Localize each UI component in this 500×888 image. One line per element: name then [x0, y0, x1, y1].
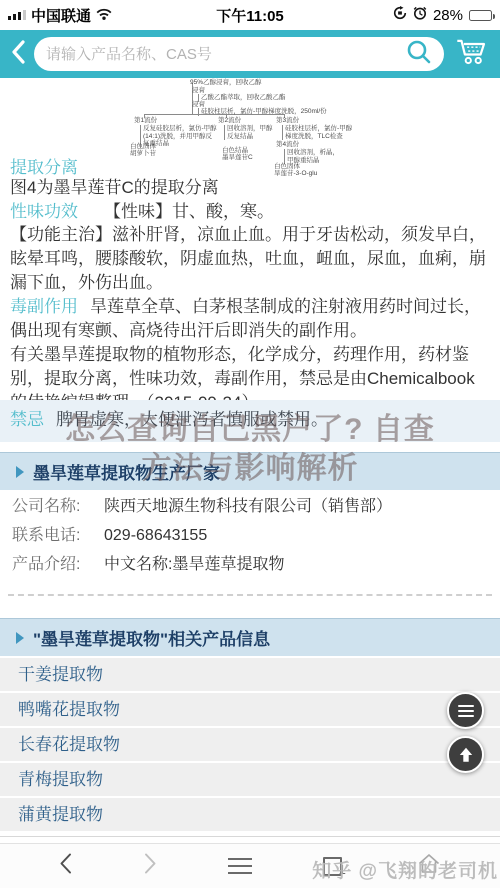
section-label-jinji: 禁忌: [10, 410, 44, 429]
xingwei-text: 【性味】甘、酸，寒。: [104, 202, 274, 221]
paragraph-xingwei: 性味功效【性味】甘、酸，寒。: [10, 200, 491, 224]
diagram-node: 95%乙醇浸膏，回收乙醇: [190, 79, 262, 87]
diagram-node: 硅胶柱层析，氯仿-甲醇梯度洗脱，TLC检查: [282, 125, 354, 140]
supplier-row: 产品介绍: 中文名称:墨旱莲草提取物: [0, 550, 500, 579]
dashed-divider: [8, 594, 492, 596]
related-section-title: "墨旱莲草提取物"相关产品信息: [33, 625, 270, 650]
section-label-dufu: 毒副作用: [10, 297, 78, 316]
related-product-link[interactable]: 干姜提取物: [0, 658, 500, 691]
search-box[interactable]: [34, 37, 444, 71]
diagram-node: 第3流份: [276, 117, 299, 125]
diagram-node: 第4流份: [276, 141, 299, 149]
search-input[interactable]: [46, 46, 406, 63]
product-intro-value: 中文名称:墨旱莲草提取物: [104, 555, 284, 574]
menu-icon: [458, 705, 474, 707]
rotation-lock-icon: [393, 6, 407, 24]
search-magnifier-icon[interactable]: [406, 39, 432, 70]
search-header: [0, 30, 500, 78]
back-chevron-icon[interactable]: [10, 39, 26, 70]
diagram-node: 硅胶柱层析，氯仿-甲醇梯度洗脱，250ml/份: [198, 108, 327, 116]
supplier-row: 联系电话: 029-68643155: [0, 521, 500, 550]
battery-icon: [469, 10, 492, 21]
section-arrow-icon: [16, 632, 24, 644]
diagram-node: 乙酸乙酯萃取，回收乙酸乙酯: [198, 94, 286, 102]
alarm-clock-icon: [413, 6, 427, 24]
nav-menu-icon[interactable]: [228, 853, 252, 879]
paragraph-jinji: 禁忌脾胃虚寒，大便泄泻者慎服或禁用。: [0, 400, 500, 442]
scroll-top-button[interactable]: [447, 736, 484, 773]
diagram-node: 第2流份: [218, 117, 241, 125]
nav-forward-icon[interactable]: [143, 852, 158, 880]
section-label-xingwei: 性味功效: [10, 202, 78, 221]
shopping-cart-icon[interactable]: [456, 38, 490, 71]
tab-count: 1: [339, 864, 346, 876]
scroll-top-arrow-icon: [457, 746, 475, 764]
related-product-link[interactable]: 长春花提取物: [0, 728, 500, 761]
supplier-info: 公司名称: 陕西天地源生物科技有限公司（销售部） 联系电话: 029-68643…: [0, 492, 500, 579]
company-name-label: 公司名称:: [12, 497, 104, 516]
jinji-text: 脾胃虚寒，大便泄泻者慎服或禁用。: [56, 410, 328, 429]
section-arrow-icon: [16, 466, 24, 478]
related-section-header[interactable]: "墨旱莲草提取物"相关产品信息: [0, 618, 500, 656]
company-name-value: 陕西天地源生物科技有限公司（销售部）: [104, 497, 392, 516]
supplier-section-header[interactable]: 墨旱莲草提取物生产厂家: [0, 452, 500, 490]
dufu-text: 旱莲草全草、白茅根茎制成的注射液用药时间过长，偶出现有寒颤、高烧待出汗后即消失的…: [10, 297, 481, 340]
related-product-link[interactable]: 鸭嘴花提取物: [0, 693, 500, 726]
toolbar-divider: [0, 836, 500, 837]
supplier-section-title: 墨旱莲草提取物生产厂家: [33, 459, 220, 484]
phone-value: 029-68643155: [104, 526, 207, 545]
status-bar: 中国联通 下午11:05 28%: [0, 0, 500, 30]
figure-caption: 图4为墨旱莲苷C的提取分离: [10, 176, 491, 200]
menu-circle-button[interactable]: [447, 692, 484, 729]
related-product-link[interactable]: 青梅提取物: [0, 763, 500, 796]
product-intro-label: 产品介绍:: [12, 555, 104, 574]
phone-label: 联系电话:: [12, 526, 104, 545]
nav-home-icon[interactable]: [416, 852, 442, 880]
supplier-row: 公司名称: 陕西天地源生物科技有限公司（销售部）: [0, 492, 500, 521]
diagram-node: 第1流份: [134, 117, 157, 125]
related-product-link[interactable]: 蒲黄提取物: [0, 798, 500, 831]
nav-back-icon[interactable]: [58, 852, 73, 880]
battery-percent: 28%: [433, 7, 463, 24]
paragraph-dufu: 毒副作用旱莲草全草、白茅根茎制成的注射液用药时间过长，偶出现有寒颤、高烧待出汗后…: [10, 295, 491, 343]
diagram-node: 回收溶剂，甲醇反复结晶: [224, 125, 274, 140]
paragraph-gongneng: 【功能主治】滋补肝肾，凉血止血。用于牙齿松动，须发早白，眩晕耳鸣，腰膝酸软，阴虚…: [10, 223, 491, 295]
nav-tabs-icon[interactable]: 1: [323, 857, 346, 876]
browser-toolbar: 1: [0, 843, 500, 888]
